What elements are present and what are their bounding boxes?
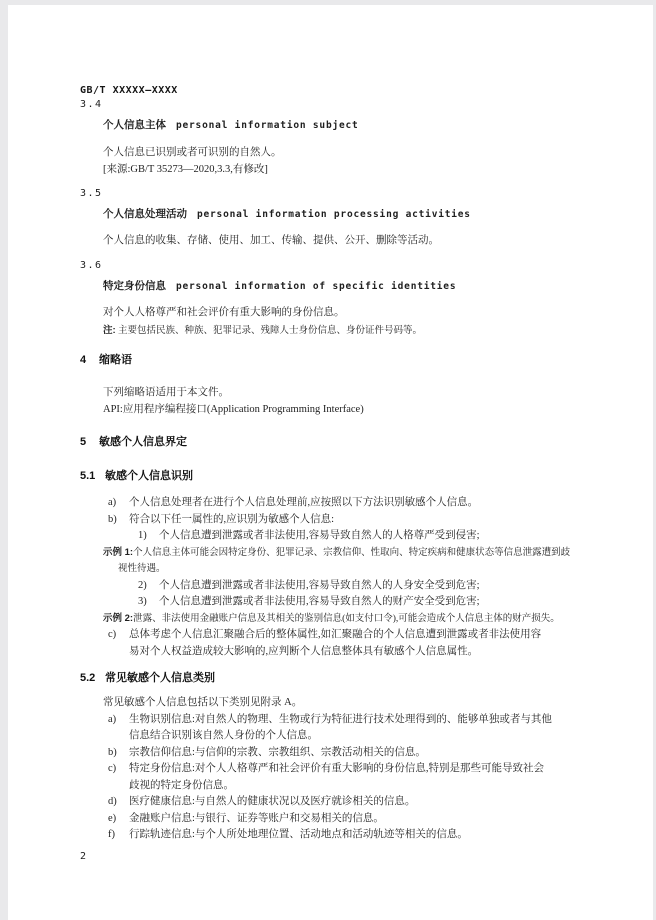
note-label: 注: [103, 325, 116, 336]
section-5-1-number: 5.1 [80, 469, 105, 483]
term-heading-3-6: 特定身份信息personal information of specific i… [103, 278, 593, 294]
list-text: 金融账户信息:与银行、证券等账户和交易相关的信息。 [129, 811, 593, 828]
term-definition-3-6: 对个人人格尊严和社会评价有重大影响的身份信息。 [103, 305, 593, 322]
note-text: 主要包括民族、种族、犯罪记录、残障人士身份信息、身份证件号码等。 [118, 326, 422, 336]
list-text: 宗教信仰信息:与信仰的宗教、宗教组织、宗教活动相关的信息。 [129, 745, 593, 762]
list-text: 生物识别信息:对自然人的物理、生物或行为特征进行技术处理得到的、能够单独或者与其… [129, 712, 593, 745]
example-label: 示例 1: [103, 547, 133, 558]
list-label: a) [108, 712, 129, 745]
sublist-text: 个人信息遭到泄露或者非法使用,容易导致自然人的人格尊严受到侵害; [159, 528, 480, 545]
term-en-3-6: personal information of specific identit… [176, 281, 456, 292]
term-definition-3-4: 个人信息已识别或者可识别的自然人。 [来源:GB/T 35273—2020,3.… [103, 145, 593, 178]
doc-code-header: GB/T XXXXX—XXXX [80, 84, 593, 98]
example-2: 示例 2:泄露、非法使用金融账户信息及其相关的鉴别信息(如支付口令),可能会造成… [103, 611, 593, 628]
source-reference: [来源:GB/T 35273—2020,3.3,有修改] [103, 162, 593, 179]
list-text: 特定身份信息:对个人人格尊严和社会评价有重大影响的身份信息,特别是那些可能导致社… [129, 761, 593, 794]
sublist-label: 3) [138, 594, 159, 611]
list-text: 符合以下任一属性的,应识别为敏感个人信息: [129, 512, 593, 529]
list-label: c) [108, 627, 129, 660]
section-5-2-number: 5.2 [80, 671, 105, 685]
section-5-1-list: a) 个人信息处理者在进行个人信息处理前,应按照以下方法识别敏感个人信息。 b)… [80, 495, 593, 660]
example-2-line-1: 示例 2:泄露、非法使用金融账户信息及其相关的鉴别信息(如支付口令),可能会造成… [103, 611, 593, 628]
section-4-title: 缩略语 [99, 354, 132, 366]
list-label: d) [108, 794, 129, 811]
list-text: 总体考虑个人信息汇聚融合后的整体属性,如汇聚融合的个人信息遭到泄露或者非法使用容… [129, 627, 593, 660]
list-item-c: c) 总体考虑个人信息汇聚融合后的整体属性,如汇聚融合的个人信息遭到泄露或者非法… [108, 627, 593, 660]
list-label: a) [108, 495, 129, 512]
example-1-line-2: 视性待遇。 [118, 561, 593, 578]
example-label: 示例 2: [103, 613, 133, 624]
list-item-c: c) 特定身份信息:对个人人格尊严和社会评价有重大影响的身份信息,特别是那些可能… [108, 761, 593, 794]
clause-number-3-4: 3.4 [80, 98, 593, 112]
list-text: 医疗健康信息:与自然人的健康状况以及医疗就诊相关的信息。 [129, 794, 593, 811]
example-1: 示例 1:个人信息主体可能会因特定身份、犯罪记录、宗教信仰、性取向、特定疾病和健… [103, 545, 593, 578]
term-heading-3-5: 个人信息处理活动personal information processing … [103, 206, 593, 222]
section-5-1-heading: 5.1敏感个人信息识别 [80, 469, 593, 483]
list-label: f) [108, 827, 129, 844]
abbreviation-intro: 下列缩略语适用于本文件。 [103, 385, 593, 402]
list-item-a: a) 生物识别信息:对自然人的物理、生物或行为特征进行技术处理得到的、能够单独或… [108, 712, 593, 745]
term-heading-3-4: 个人信息主体personal information subject [103, 117, 593, 133]
term-definition-3-5: 个人信息的收集、存储、使用、加工、传输、提供、公开、删除等活动。 [103, 233, 593, 250]
list-label: b) [108, 512, 129, 529]
viewer-background: { "header": { "doc_code": "GB/T XXXXX—XX… [0, 0, 656, 920]
list-label: e) [108, 811, 129, 828]
list-text-line-1: 生物识别信息:对自然人的物理、生物或行为特征进行技术处理得到的、能够单独或者与其… [129, 712, 593, 729]
page-content: GB/T XXXXX—XXXX 3.4 个人信息主体personal infor… [80, 5, 593, 864]
section-5-2-intro: 常见敏感个人信息包括以下类别见附录 A。 [103, 695, 593, 712]
list-text: 个人信息处理者在进行个人信息处理前,应按照以下方法识别敏感个人信息。 [129, 495, 593, 512]
section-5-title: 敏感个人信息界定 [99, 436, 187, 448]
section-5-2-list: a) 生物识别信息:对自然人的物理、生物或行为特征进行技术处理得到的、能够单独或… [80, 712, 593, 844]
list-item-b: b) 宗教信仰信息:与信仰的宗教、宗教组织、宗教活动相关的信息。 [108, 745, 593, 762]
list-item-b: b) 符合以下任一属性的,应识别为敏感个人信息: [108, 512, 593, 529]
sublist-label: 2) [138, 578, 159, 595]
section-4-number: 4 [80, 353, 99, 367]
term-en-3-4: personal information subject [176, 120, 359, 131]
section-5-heading: 5敏感个人信息界定 [80, 435, 593, 449]
section-4-body: 下列缩略语适用于本文件。 API:应用程序编程接口(Application Pr… [103, 385, 593, 418]
list-text-line-2: 歧视的特定身份信息。 [129, 778, 593, 795]
list-label: c) [108, 761, 129, 794]
abbreviation-api: API:应用程序编程接口(Application Programming Int… [103, 402, 593, 419]
clause-number-3-5: 3.5 [80, 187, 593, 201]
sublist-item-1: 1) 个人信息遭到泄露或者非法使用,容易导致自然人的人格尊严受到侵害; [138, 528, 593, 545]
definition-text: 个人信息已识别或者可识别的自然人。 [103, 145, 593, 162]
list-item-f: f) 行踪轨迹信息:与个人所处地理位置、活动地点和活动轨迹等相关的信息。 [108, 827, 593, 844]
term-zh-3-5: 个人信息处理活动 [103, 208, 187, 220]
document-page: GB/T XXXXX—XXXX 3.4 个人信息主体personal infor… [8, 5, 653, 920]
list-item-a: a) 个人信息处理者在进行个人信息处理前,应按照以下方法识别敏感个人信息。 [108, 495, 593, 512]
sublist-item-2: 2) 个人信息遭到泄露或者非法使用,容易导致自然人的人身安全受到危害; [138, 578, 593, 595]
sublist-item-3: 3) 个人信息遭到泄露或者非法使用,容易导致自然人的财产安全受到危害; [138, 594, 593, 611]
list-text: 行踪轨迹信息:与个人所处地理位置、活动地点和活动轨迹等相关的信息。 [129, 827, 593, 844]
example-text: 泄露、非法使用金融账户信息及其相关的鉴别信息(如支付口令),可能会造成个人信息主… [133, 614, 560, 624]
sublist-text: 个人信息遭到泄露或者非法使用,容易导致自然人的人身安全受到危害; [159, 578, 480, 595]
list-text-line-1: 总体考虑个人信息汇聚融合后的整体属性,如汇聚融合的个人信息遭到泄露或者非法使用容 [129, 627, 593, 644]
list-item-e: e) 金融账户信息:与银行、证券等账户和交易相关的信息。 [108, 811, 593, 828]
section-4-heading: 4缩略语 [80, 353, 593, 367]
example-text: 个人信息主体可能会因特定身份、犯罪记录、宗教信仰、性取向、特定疾病和健康状态等信… [133, 548, 570, 558]
section-5-1-title: 敏感个人信息识别 [105, 470, 193, 482]
term-en-3-5: personal information processing activiti… [197, 209, 471, 220]
sublist-text: 个人信息遭到泄露或者非法使用,容易导致自然人的财产安全受到危害; [159, 594, 480, 611]
clause-number-3-6: 3.6 [80, 259, 593, 273]
section-5-2-title: 常见敏感个人信息类别 [105, 672, 215, 684]
section-5-2-heading: 5.2常见敏感个人信息类别 [80, 671, 593, 685]
list-text-line-2: 易对个人权益造成较大影响的,应判断个人信息整体具有敏感个人信息属性。 [129, 644, 593, 661]
list-text-line-1: 特定身份信息:对个人人格尊严和社会评价有重大影响的身份信息,特别是那些可能导致社… [129, 761, 593, 778]
example-1-line-1: 示例 1:个人信息主体可能会因特定身份、犯罪记录、宗教信仰、性取向、特定疾病和健… [103, 545, 593, 562]
note-3-6: 注: 主要包括民族、种族、犯罪记录、残障人士身份信息、身份证件号码等。 [103, 324, 593, 338]
list-label: b) [108, 745, 129, 762]
page-number: 2 [80, 850, 593, 864]
term-zh-3-6: 特定身份信息 [103, 280, 166, 292]
list-item-d: d) 医疗健康信息:与自然人的健康状况以及医疗就诊相关的信息。 [108, 794, 593, 811]
section-5-number: 5 [80, 435, 99, 449]
list-text-line-2: 信息结合识别该自然人身份的个人信息。 [129, 728, 593, 745]
term-zh-3-4: 个人信息主体 [103, 119, 166, 131]
sublist-label: 1) [138, 528, 159, 545]
